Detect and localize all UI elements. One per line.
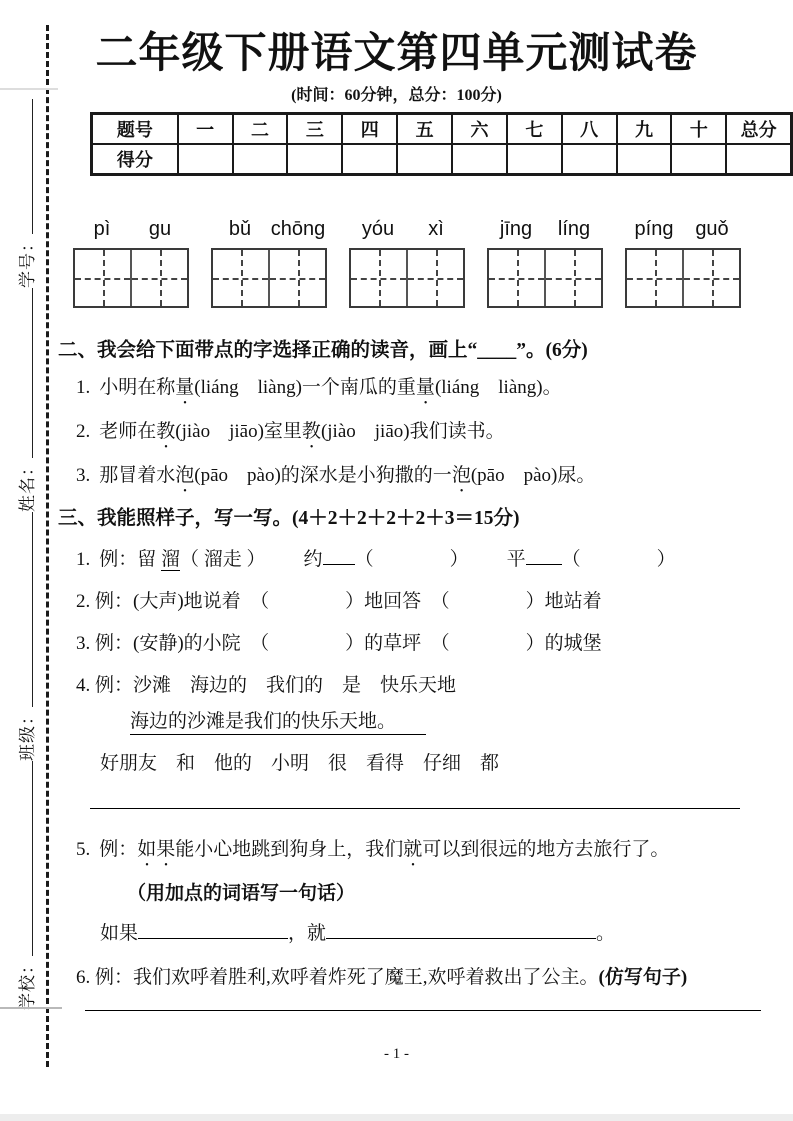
text-segment: (pāo pào)尿。 — [471, 465, 596, 486]
writing-grid — [349, 248, 465, 308]
writing-cell — [213, 250, 268, 306]
answer-blank — [138, 919, 288, 939]
score-table-header-cell: 九 — [617, 114, 672, 145]
test-paper-page: 学校：班级：姓名：学号： 二年级下册语文第四单元测试卷 (时间：60分钟，总分：… — [0, 0, 793, 1121]
text-segment: 6. 例：我们欢呼着胜利,欢呼着炸死了魔王,欢呼着救出了公主。 — [76, 967, 599, 988]
score-cell — [617, 144, 672, 175]
question-2-1: 1.小明在称量(liáng liàng)一个南瓜的重量(liáng liàng)… — [76, 372, 562, 409]
item-number: 5. — [76, 839, 90, 860]
writing-grid — [487, 248, 603, 308]
score-cell — [671, 144, 726, 175]
margin-field-blank — [14, 99, 33, 234]
writing-cell — [489, 250, 544, 306]
score-table-header-cell: 八 — [562, 114, 617, 145]
score-cell — [233, 144, 288, 175]
score-cell — [562, 144, 617, 175]
pinyin-syllable: gu — [131, 218, 189, 248]
writing-cell — [351, 250, 406, 306]
writing-cell — [130, 250, 187, 306]
item-number: 1. — [76, 377, 90, 398]
text-segment: （ 溜走 ） — [180, 549, 266, 570]
margin-field-blank — [14, 512, 33, 707]
score-table-header-cell: 二 — [233, 114, 288, 145]
question-2-2: 2.老师在教(jiào jiāo)室里教(jiào jiāo)我们读书。 — [76, 416, 505, 453]
section-2-heading: 二、我会给下面带点的字选择正确的读音，画上“____”。(6分) — [58, 334, 588, 362]
margin-field-label: 学校： — [13, 956, 38, 1010]
page-number: - 1 - — [0, 1046, 793, 1063]
question-3-4: 4. 例：沙滩 海边的 我们的 是 快乐天地 — [76, 670, 456, 697]
score-cell — [342, 144, 397, 175]
pinyin-syllable: pì — [73, 218, 131, 248]
text-segment: 例：留 — [99, 549, 161, 570]
pinyin-syllables: bǔchōng — [211, 218, 327, 248]
seal-dashed-line — [46, 25, 49, 1067]
score-table-header-cell: 四 — [342, 114, 397, 145]
item-number: 1. — [76, 549, 90, 570]
item-number: 3. — [76, 465, 90, 486]
writing-cell — [406, 250, 463, 306]
score-table-row-label: 得分 — [92, 144, 178, 175]
margin-field-label: 学号： — [13, 234, 38, 288]
text-segment: 老师在 — [99, 421, 156, 442]
pinyin-syllable: píng — [625, 218, 683, 248]
text-segment: （ ） — [562, 549, 676, 570]
pinyin-syllable: líng — [545, 218, 603, 248]
score-table-row-label: 题号 — [92, 114, 178, 145]
score-table-header-cell: 总分 — [726, 114, 791, 145]
text-segment: 那冒着水 — [99, 465, 175, 486]
pinyin-syllable: yóu — [349, 218, 407, 248]
dotted-char: 教 — [302, 421, 321, 442]
dotted-char: 量 — [416, 377, 435, 398]
underlined-char: 溜 — [161, 549, 180, 571]
score-cell — [726, 144, 791, 175]
question-3-2: 2. 例：(大声)地说着 （ ）地回答 （ ）地站着 — [76, 586, 602, 613]
pinyin-word-group: bǔchōng — [211, 218, 327, 308]
question-3-4-example-answer: 海边的沙滩是我们的快乐天地。 — [130, 706, 426, 733]
margin-field-blank — [14, 761, 33, 956]
text-segment: 例： — [99, 839, 137, 860]
margin-field-label: 姓名： — [13, 458, 38, 512]
text-segment: 平 — [507, 549, 526, 570]
dotted-word: 如果 — [137, 839, 175, 860]
question-note: (仿写句子) — [599, 967, 688, 988]
text-segment: 。 — [596, 923, 615, 944]
score-cell — [397, 144, 452, 175]
seal-margin-fields: 学校：班级：姓名：学号： — [13, 95, 39, 1010]
pinyin-syllable: chōng — [269, 218, 327, 248]
pinyin-syllables: jīnglíng — [487, 218, 603, 248]
dotted-char: 泡 — [175, 465, 194, 486]
dotted-char: 量 — [175, 377, 194, 398]
writing-cell — [268, 250, 325, 306]
writing-cell — [627, 250, 682, 306]
scan-artifact-line — [0, 1007, 62, 1009]
text-segment: (liáng liàng)一个南瓜的重 — [194, 377, 416, 398]
writing-grid — [73, 248, 189, 308]
pinyin-word-group: pìgu — [73, 218, 189, 308]
question-3-5: 5.例：如果能小心地跳到狗身上，我们就可以到很远的地方去旅行了。 — [76, 834, 669, 871]
pinyin-syllables: yóuxì — [349, 218, 465, 248]
question-2-3: 3.那冒着水泡(pāo pào)的深水是小狗撒的一泡(pāo pào)尿。 — [76, 460, 595, 497]
pinyin-syllables: píngguǒ — [625, 218, 741, 248]
score-table-header-cell: 七 — [507, 114, 562, 145]
answer-blank — [323, 545, 355, 565]
answer-blank — [326, 919, 596, 939]
score-cell — [287, 144, 342, 175]
text-segment: 约 — [304, 549, 323, 570]
score-cell — [178, 144, 233, 175]
question-3-6: 6. 例：我们欢呼着胜利,欢呼着炸死了魔王,欢呼着救出了公主。(仿写句子) — [76, 962, 687, 989]
pinyin-syllables: pìgu — [73, 218, 189, 248]
score-table-header-cell: 五 — [397, 114, 452, 145]
item-number: 2. — [76, 421, 90, 442]
page-title: 二年级下册语文第四单元测试卷 — [0, 20, 793, 80]
writing-cell — [544, 250, 601, 306]
score-table-header-cell: 一 — [178, 114, 233, 145]
text-segment: （ ） — [355, 549, 469, 570]
question-3-5-note: （用加点的词语写一句话） — [127, 878, 355, 905]
dotted-word: 就 — [403, 839, 422, 860]
text-segment: 能小心地跳到狗身上，我们 — [175, 839, 403, 860]
writing-grid — [625, 248, 741, 308]
score-table-header-cell: 十 — [671, 114, 726, 145]
question-3-5-fill-in: 如果，就。 — [100, 918, 615, 945]
text-segment: (jiào jiāo)室里 — [175, 421, 302, 442]
score-table: 题号一二三四五六七八九十总分得分 — [90, 112, 793, 176]
writing-grid — [211, 248, 327, 308]
pinyin-syllable: xì — [407, 218, 465, 248]
pinyin-syllable: bǔ — [211, 218, 269, 248]
text-segment: 如果 — [100, 923, 138, 944]
pinyin-word-group: yóuxì — [349, 218, 465, 308]
pinyin-syllable: jīng — [487, 218, 545, 248]
text-segment: 小明在称 — [99, 377, 175, 398]
answer-line — [90, 808, 740, 809]
section-3-heading: 三、我能照样子，写一写。(4＋2＋2＋2＋2＋3＝15分) — [58, 502, 520, 530]
page-subtitle: (时间：60分钟，总分：100分) — [0, 82, 793, 105]
question-3-3: 3. 例：(安静)的小院 （ ）的草坪 （ ）的城堡 — [76, 628, 602, 655]
margin-field-blank — [14, 288, 33, 458]
text-segment: (liáng liàng)。 — [435, 377, 562, 398]
scan-artifact-band — [0, 1114, 793, 1121]
text-segment: (pāo pào)的深水是小狗撒的一 — [194, 465, 452, 486]
score-cell — [452, 144, 507, 175]
answer-blank — [526, 545, 562, 565]
margin-field-label: 班级： — [13, 707, 38, 761]
pinyin-writing-exercise: pìgubǔchōngyóuxìjīnglíngpíngguǒ — [73, 218, 741, 308]
text-segment: (jiào jiāo)我们读书。 — [321, 421, 505, 442]
dotted-char: 教 — [156, 421, 175, 442]
dotted-char: 泡 — [452, 465, 471, 486]
pinyin-syllable: guǒ — [683, 218, 741, 248]
question-3-4-word-bank: 好朋友 和 他的 小明 很 看得 仔细 都 — [100, 748, 499, 775]
pinyin-word-group: jīnglíng — [487, 218, 603, 308]
text-segment: ，就 — [288, 923, 326, 944]
underlined-sentence: 海边的沙滩是我们的快乐天地。 — [130, 711, 426, 735]
writing-cell — [75, 250, 130, 306]
question-3-1: 1.例：留 溜（ 溜走 ）约（ ）平（ ） — [76, 544, 676, 571]
pinyin-word-group: píngguǒ — [625, 218, 741, 308]
score-cell — [507, 144, 562, 175]
text-segment: 可以到很远的地方去旅行了。 — [422, 839, 669, 860]
writing-cell — [682, 250, 739, 306]
score-table-header-cell: 六 — [452, 114, 507, 145]
answer-line — [85, 1010, 761, 1011]
score-table-header-cell: 三 — [287, 114, 342, 145]
